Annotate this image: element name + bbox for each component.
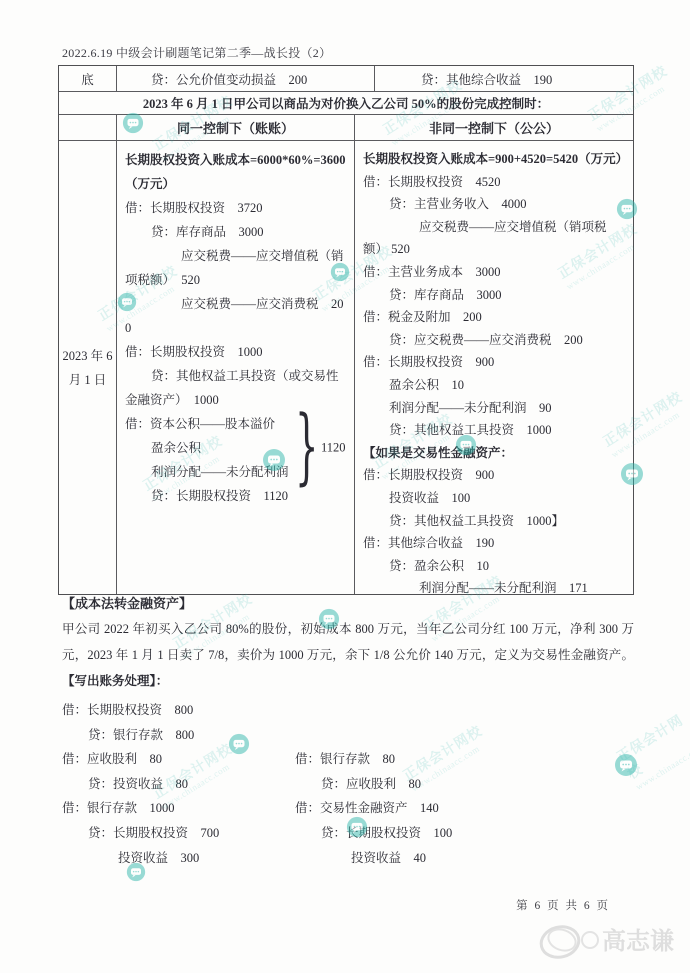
journal-line: 借：应收股利 80 (62, 747, 295, 772)
journal-line: 借：长期股权投资 1000 (125, 340, 348, 364)
accounting-table: 底 贷：公允价值变动损益 200 贷：其他综合收益 190 2023 年 6 月… (58, 65, 634, 595)
journal-line: 投资收益 300 (62, 846, 295, 871)
journal-line: 盈余公积 10 (363, 374, 627, 397)
table-row-headers: 同一控制下（账账） 非同一控制下（公公） (59, 115, 633, 141)
journal-line: 借：主营业务成本 3000 (363, 261, 627, 284)
bottom-row-right-cell: 贷：其他综合收益 190 (374, 66, 633, 91)
journal-line: 借：银行存款 80 (295, 747, 634, 772)
section-paragraph: 甲公司 2022 年初买入乙公司 80%的股份，初始成本 800 万元，当年乙公… (62, 616, 634, 694)
same-control-entries-cell: 长期股权投资入账成本=6000*60%=3600（万元）借：长期股权投资 372… (116, 141, 354, 594)
journal-right-column: 借：银行存款 80贷：应收股利 80借：交易性金融资产 140贷：长期股权投资 … (295, 698, 634, 870)
journal-entries: 借：长期股权投资 800贷：银行存款 800借：应收股利 80贷：投资收益 80… (62, 698, 634, 870)
journal-line: 贷：主营业务收入 4000 (363, 193, 627, 216)
journal-line: 应交税费——应交增值税（销项税额） 520 (125, 244, 348, 292)
journal-line: 借：其他综合收益 190 (363, 532, 627, 555)
signature-scribble-icon: 高志谦 (538, 918, 678, 962)
journal-line: 贷：银行存款 800 (62, 723, 295, 748)
journal-line (295, 723, 634, 748)
journal-line: 贷：长期股权投资 100 (295, 821, 634, 846)
journal-line: 应交税费——应交消费税 200 (125, 292, 348, 340)
journal-line: 贷：应收股利 80 (295, 772, 634, 797)
journal-line: 借：税金及附加 200 (363, 306, 627, 329)
journal-line: 借：长期股权投资 4520 (363, 171, 627, 194)
brace-value: 1120 (321, 441, 346, 456)
journal-line: 借：长期股权投资 900 (363, 351, 627, 374)
journal-line: 贷：应交税费——应交消费税 200 (363, 329, 627, 352)
journal-line: 贷：长期股权投资 700 (62, 821, 295, 846)
journal-line: 利润分配——未分配利润 90 (363, 397, 627, 420)
bottom-row-left-cell: 贷：公允价值变动损益 200 (116, 66, 374, 91)
journal-left-column: 借：长期股权投资 800贷：银行存款 800借：应收股利 80贷：投资收益 80… (62, 698, 295, 870)
bottom-row-label-cell: 底 (59, 66, 116, 91)
journal-line: 投资收益 100 (363, 487, 627, 510)
cost-method-section: 【成本法转金融资产】 甲公司 2022 年初买入乙公司 80%的股份，初始成本 … (62, 594, 634, 870)
journal-line: 【如果是交易性金融资产： (363, 442, 627, 465)
page-number: 第 6 页 共 6 页 (516, 897, 610, 913)
brace-group: 借：资本公积——股本溢价 盈余公积 利润分配——未分配利润 } 1120 (125, 412, 348, 484)
journal-line: 借：长期股权投资 900 (363, 464, 627, 487)
signature-watermark: 高志谦 (538, 918, 678, 962)
brace-glyph: } (295, 414, 318, 482)
journal-line: 应交税费——应交增值税（销项税额） 520 (363, 216, 627, 261)
document-page: 2022.6.19 中级会计刷题笔记第二季—战长投（2） 底 贷：公允价值变动损… (0, 0, 690, 973)
event-row-cell: 2023 年 6 月 1 日甲公司以商品为对价换入乙公司 50%的股份完成控制时… (59, 92, 633, 114)
journal-line: 借：长期股权投资 3720 (125, 196, 348, 220)
journal-line: 借：银行存款 1000 (62, 796, 295, 821)
watermark-url: www.chinaacc.com (634, 742, 690, 792)
table-row-body: 2023 年 6 月 1 日 长期股权投资入账成本=6000*60%=3600（… (59, 141, 633, 594)
non-same-control-entries-cell: 长期股权投资入账成本=900+4520=5420（万元）借：长期股权投资 452… (354, 141, 633, 594)
journal-line: 长期股权投资入账成本=6000*60%=3600（万元） (125, 148, 348, 196)
section-heading: 【成本法转金融资产】 (62, 594, 634, 614)
signature-text: 高志谦 (602, 927, 674, 955)
table-row-carryover: 底 贷：公允价值变动损益 200 贷：其他综合收益 190 (59, 66, 633, 92)
journal-line: 贷：库存商品 3000 (125, 220, 348, 244)
document-title: 2022.6.19 中级会计刷题笔记第二季—战长投（2） (62, 44, 331, 61)
paragraph-bold-suffix: 【写出账务处理】： (62, 674, 168, 688)
journal-line: 借：交易性金融资产 140 (295, 796, 634, 821)
same-control-entry-lines: 长期股权投资入账成本=6000*60%=3600（万元）借：长期股权投资 372… (125, 148, 348, 412)
header-non-same-control-cell: 非同一控制下（公公） (354, 115, 633, 140)
journal-line: 贷：投资收益 80 (62, 772, 295, 797)
journal-line: 贷：其他权益工具投资 1000】 (363, 510, 627, 533)
header-same-control-cell: 同一控制下（账账） (116, 115, 354, 140)
journal-line (295, 698, 634, 723)
journal-line: 长期股权投资入账成本=900+4520=5420（万元） (363, 148, 627, 171)
journal-line: 贷：其他权益工具投资 1000 (363, 419, 627, 442)
journal-line: 贷：盈余公积 10 (363, 555, 627, 578)
journal-line: 投资收益 40 (295, 846, 634, 871)
paragraph-text: 甲公司 2022 年初买入乙公司 80%的股份，初始成本 800 万元，当年乙公… (62, 622, 634, 662)
journal-line: 贷：库存商品 3000 (363, 284, 627, 307)
date-cell: 2023 年 6 月 1 日 (59, 141, 116, 594)
journal-line: 借：长期股权投资 800 (62, 698, 295, 723)
header-empty-cell (59, 115, 116, 140)
table-row-event: 2023 年 6 月 1 日甲公司以商品为对价换入乙公司 50%的股份完成控制时… (59, 92, 633, 115)
